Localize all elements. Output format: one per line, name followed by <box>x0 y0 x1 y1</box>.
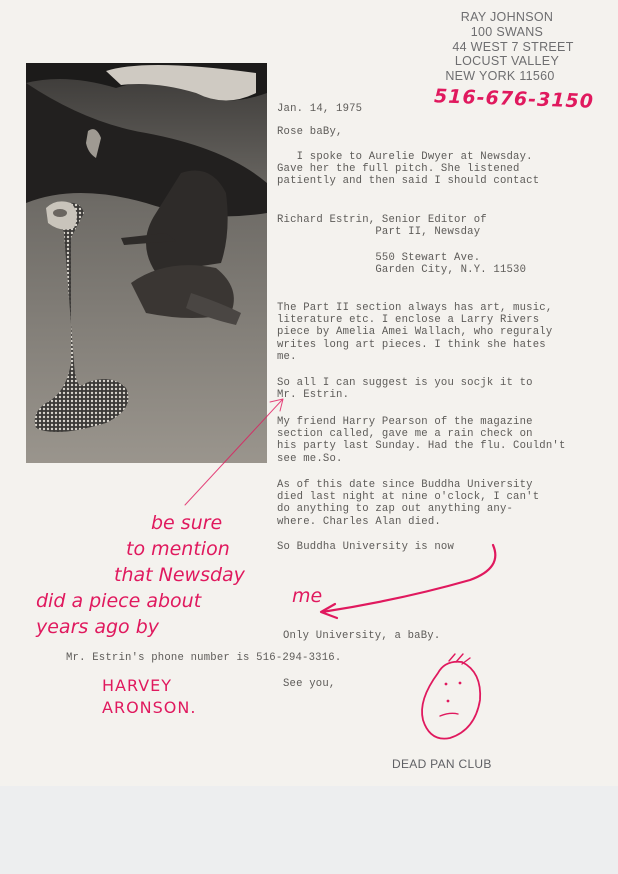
dead-pan-club-stamp: DEAD PAN CLUB <box>392 757 492 771</box>
insert-arrow-curve <box>322 545 495 612</box>
deadpan-face-icon <box>422 654 480 739</box>
ink-marks <box>0 0 618 874</box>
pointer-arrow-line <box>185 400 282 505</box>
